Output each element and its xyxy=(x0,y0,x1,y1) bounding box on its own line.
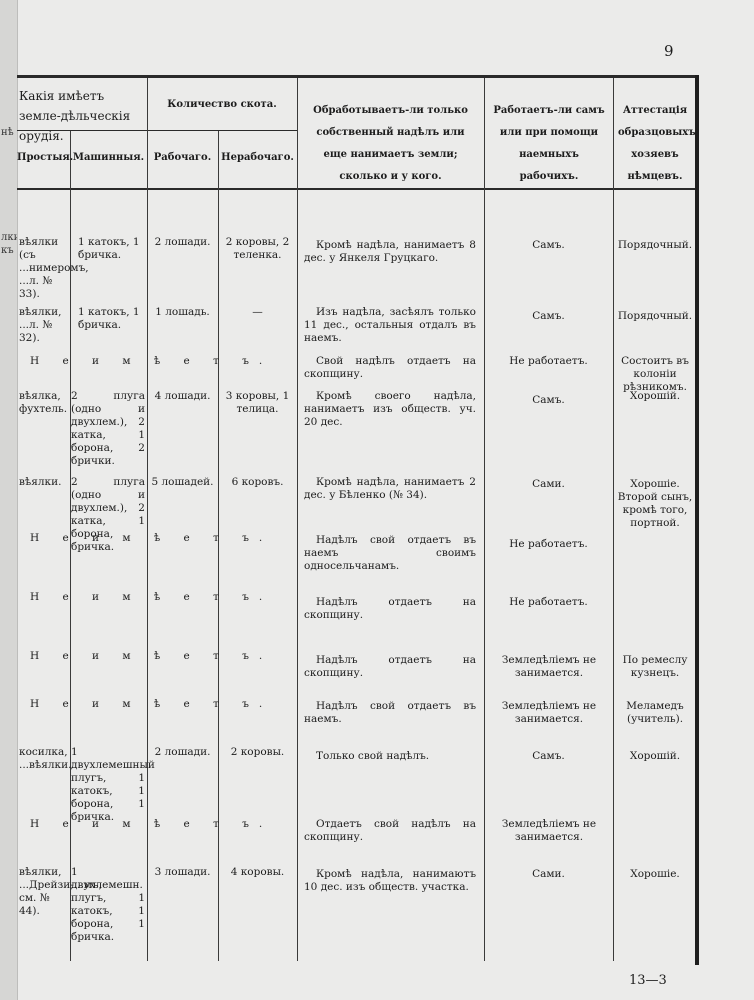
cell-working: 5 лошадей. xyxy=(147,476,218,489)
cell-labor: Самъ. xyxy=(484,394,613,407)
cell-simple: вѣялки (съ ...нимеромъ, ...л. № 33). xyxy=(19,236,69,301)
header-livestock-group: Количество скота. xyxy=(147,94,297,116)
cell-land: Кромѣ надѣла, нанимаютъ 10 дес. изъ обще… xyxy=(304,868,476,894)
cell-none: Н е и м ѣ е т ъ. xyxy=(30,818,290,831)
cell-working: 3 лошади. xyxy=(147,866,218,879)
cell-land: Кромѣ надѣла, нанимаетъ 2 дес. у Бѣленко… xyxy=(304,476,476,502)
cell-working: 1 лошадь. xyxy=(147,306,218,319)
header-tools-simple: Простыя. xyxy=(17,147,70,169)
cell-working: 4 лошади. xyxy=(147,390,218,403)
header-livestock-nonworking: Нерабочаго. xyxy=(218,147,297,169)
cell-none: Н е и м ѣ е т ъ. xyxy=(30,591,290,604)
cell-attest: Меламедъ (учитель). xyxy=(613,700,697,726)
cell-machine: 1 двухлемешный плугъ, 1 катокъ, 1 борона… xyxy=(71,746,145,824)
cell-attest: Порядочный. xyxy=(613,239,697,252)
cell-simple: косилка, ...вѣялки. xyxy=(19,746,69,772)
adjacent-page-margin: нѣ лки къ xyxy=(0,0,18,1000)
cell-labor: Сами. xyxy=(484,478,613,491)
table-top-rule xyxy=(17,75,697,78)
column-divider xyxy=(297,78,298,961)
cell-labor: Земледѣліемъ не занимается. xyxy=(490,700,608,726)
header-livestock-working: Рабочаго. xyxy=(147,147,218,169)
cell-simple: вѣялка, фухтель. xyxy=(19,390,69,416)
column-divider xyxy=(484,78,485,961)
cell-nonworking: 2 коровы, 2 теленка. xyxy=(218,236,297,262)
cell-land: Свой надѣлъ отдаетъ на скопщину. xyxy=(304,355,476,381)
header-attestation: Аттестація образцовыхъ хозяевъ нѣмцевъ. xyxy=(618,100,692,188)
cell-attest: Хорошіе. Второй сынъ, кромѣ того, портно… xyxy=(613,478,697,530)
header-tools-machine: Машинныя. xyxy=(70,147,147,169)
cell-machine: 2 плуга (одно и двухлем.), 2 катка, 1 бо… xyxy=(71,390,145,468)
cell-machine: 1 двухлемешн. плугъ, 1 катокъ, 1 борона,… xyxy=(71,866,145,944)
cell-labor: Не работаетъ. xyxy=(484,596,613,609)
cell-labor: Земледѣліемъ не занимается. xyxy=(490,818,608,844)
margin-fragment: къ xyxy=(1,245,14,256)
cell-land: Только свой надѣлъ. xyxy=(304,750,476,763)
cell-land: Отдаетъ свой надѣлъ на скопщину. xyxy=(304,818,476,844)
margin-fragment: нѣ xyxy=(1,127,14,138)
cell-nonworking: 3 коровы, 1 телица. xyxy=(218,390,297,416)
cell-land: Надѣлъ отдаетъ на скопщину. xyxy=(304,654,476,680)
cell-none: Н е и м ѣ е т ъ. xyxy=(30,650,290,663)
cell-machine: 1 катокъ, 1 бричка. xyxy=(78,306,143,332)
cell-attest: Хорошій. xyxy=(613,390,697,403)
cell-attest: Хорошіе. xyxy=(613,868,697,881)
cell-simple: вѣялки, ...л. № 32). xyxy=(19,306,69,345)
cell-labor: Самъ. xyxy=(484,239,613,252)
header-land-use: Обработываетъ-ли только собственный надѣ… xyxy=(303,100,478,188)
cell-none: Н е и м ѣ е т ъ. xyxy=(30,698,290,711)
cell-nonworking: 6 коровъ. xyxy=(218,476,297,489)
cell-attest: Хорошій. xyxy=(613,750,697,763)
cell-attest: Состоитъ въ колоніи рѣзникомъ. xyxy=(613,355,697,394)
cell-land: Кромѣ надѣла, нанимаетъ 8 дес. у Янкеля … xyxy=(304,239,476,265)
signature-mark: 13—3 xyxy=(629,973,667,988)
cell-nonworking: — xyxy=(218,306,297,319)
cell-labor: Сами. xyxy=(484,868,613,881)
cell-working: 2 лошади. xyxy=(147,236,218,249)
header-bottom-rule xyxy=(17,188,697,190)
cell-labor: Земледѣліемъ не занимается. xyxy=(490,654,608,680)
header-subrule-livestock xyxy=(147,130,297,131)
margin-fragment: лки xyxy=(1,232,18,243)
cell-labor: Самъ. xyxy=(484,310,613,323)
header-tools-group: Какія имѣетъ земле-дѣльческія орудія. xyxy=(19,86,145,146)
cell-simple: вѣялки, ...Дрейзи-...мъ, см. № 44). xyxy=(19,866,69,918)
cell-simple: вѣялки. xyxy=(19,476,69,489)
cell-none: Н е и м ѣ е т ъ. xyxy=(30,355,290,368)
cell-nonworking: 2 коровы. xyxy=(218,746,297,759)
cell-none: Н е и м ѣ е т ъ. xyxy=(30,532,290,545)
cell-labor: Не работаетъ. xyxy=(484,538,613,551)
cell-land: Надѣлъ отдаетъ на скопщину. xyxy=(304,596,476,622)
cell-labor: Самъ. xyxy=(484,750,613,763)
cell-nonworking: 4 коровы. xyxy=(218,866,297,879)
cell-land: Надѣлъ свой отдаетъ въ наемъ своимъ одно… xyxy=(304,534,476,573)
cell-land: Надѣлъ свой отдаетъ въ наемъ. xyxy=(304,700,476,726)
page-number: 9 xyxy=(664,42,674,60)
cell-land: Кромѣ своего надѣла, нанимаетъ изъ общес… xyxy=(304,390,476,429)
cell-machine: 1 катокъ, 1 бричка. xyxy=(78,236,143,262)
cell-attest: Порядочный. xyxy=(613,310,697,323)
cell-land: Изъ надѣла, засѣялъ только 11 дес., оста… xyxy=(304,306,476,345)
cell-working: 2 лошади. xyxy=(147,746,218,759)
cell-labor: Не работаетъ. xyxy=(484,355,613,368)
cell-attest: По ремеслу кузнецъ. xyxy=(613,654,697,680)
header-labor: Работаетъ-ли самъ или при помощи наемных… xyxy=(490,100,608,188)
